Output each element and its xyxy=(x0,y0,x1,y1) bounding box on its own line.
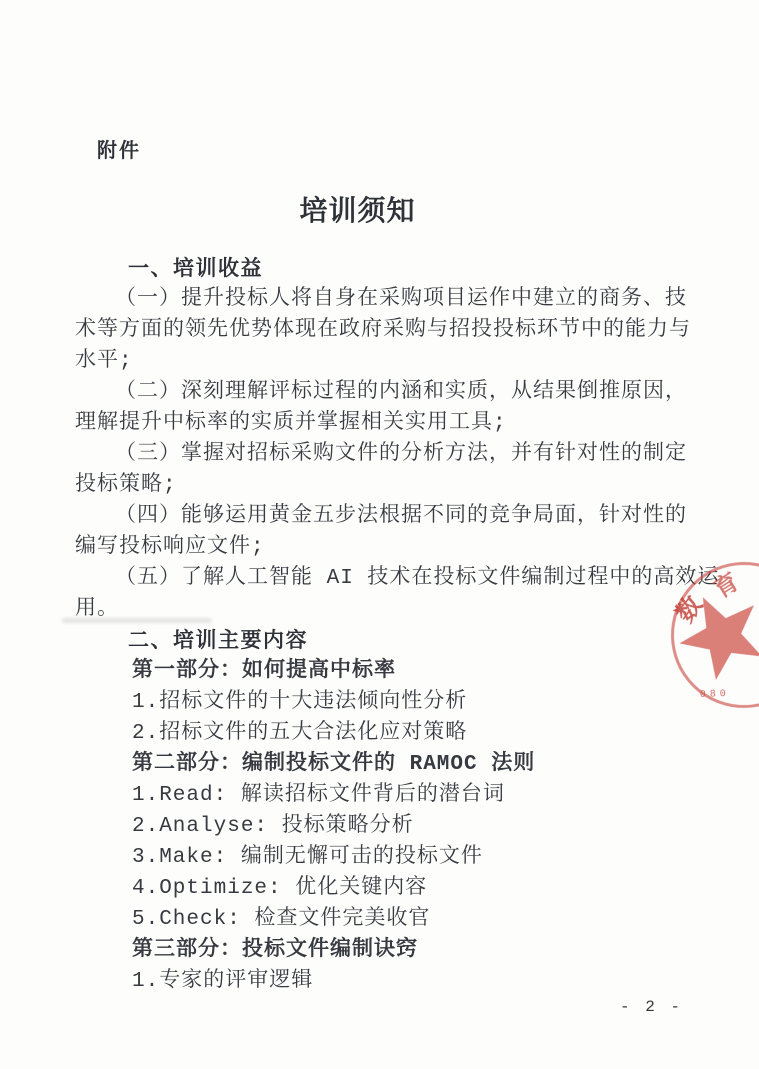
page-title: 培训须知 xyxy=(0,189,737,229)
text-line: （一）提升投标人将自身在采购项目运作中建立的商务、技 xyxy=(75,284,745,315)
seal-code-digits: 080 xyxy=(700,689,730,701)
text-line: 2.招标文件的五大合法化应对策略 xyxy=(75,718,745,749)
text-line: 水平; xyxy=(75,346,745,377)
text-line: 3.Make: 编制无懈可击的投标文件 xyxy=(75,842,745,873)
text-line: 第二部分：编制投标文件的 RAMOC 法则 xyxy=(75,749,745,780)
text-line: （二）深刻理解评标过程的内涵和实质，从结果倒推原因， xyxy=(75,377,745,408)
text-line: 理解提升中标率的实质并掌握相关实用工具; xyxy=(75,408,745,439)
text-line: 5.Check: 检查文件完美收官 xyxy=(75,904,745,935)
text-line: 术等方面的领先优势体现在政府采购与招投投标环节中的能力与 xyxy=(75,315,745,346)
document-page: 附件 培训须知 一、培训收益（一）提升投标人将自身在采购项目运作中建立的商务、技… xyxy=(0,0,759,1069)
text-line: 第一部分：如何提高中标率 xyxy=(75,656,745,687)
text-line: 1.专家的评审逻辑 xyxy=(75,966,745,997)
text-line: 第三部分：投标文件编制诀窍 xyxy=(75,935,745,966)
scan-smudge xyxy=(62,618,212,623)
text-line: 一、培训收益 xyxy=(75,253,745,284)
text-line: 1.招标文件的十大违法倾向性分析 xyxy=(75,687,745,718)
text-line: 投标策略; xyxy=(75,470,745,501)
text-line: 二、培训主要内容 xyxy=(75,625,745,656)
text-line: 4.Optimize: 优化关键内容 xyxy=(75,873,745,904)
text-line: （四）能够运用黄金五步法根据不同的竞争局面，针对性的 xyxy=(75,501,745,532)
text-line: 1.Read: 解读招标文件背后的潜台词 xyxy=(75,780,745,811)
document-body: 一、培训收益（一）提升投标人将自身在采购项目运作中建立的商务、技术等方面的领先优… xyxy=(75,253,745,997)
text-line: （三）掌握对招标采购文件的分析方法，并有针对性的制定 xyxy=(75,439,745,470)
text-line: （五）了解人工智能 AI 技术在投标文件编制过程中的高效运 xyxy=(75,563,745,594)
text-line: 2.Analyse: 投标策略分析 xyxy=(75,811,745,842)
text-line: 编写投标响应文件; xyxy=(75,532,745,563)
attachment-label: 附件 xyxy=(97,134,141,163)
page-number: - 2 - xyxy=(620,998,683,1016)
